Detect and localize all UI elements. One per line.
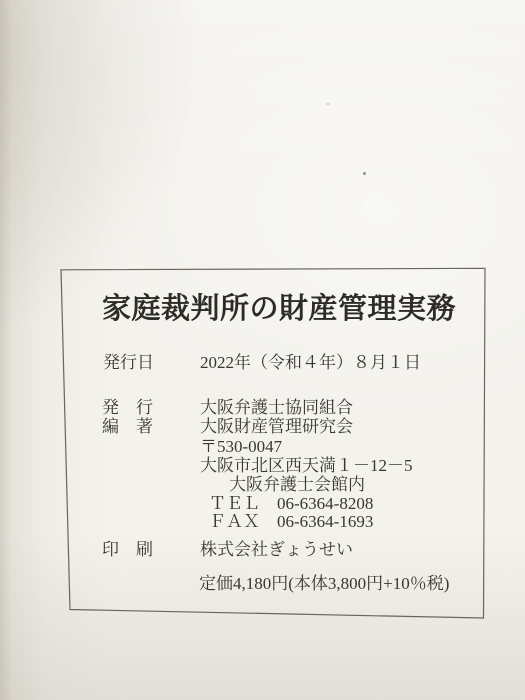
editor-label: 編 著 [102, 417, 153, 436]
postal-code: 〒530-0047 [200, 437, 282, 456]
issue-date-row: 発行日 2022年（令和４年）８月１日 [0, 353, 525, 372]
issue-date-value: 2022年（令和４年）８月１日 [200, 353, 421, 372]
printer-name: 株式会社ぎょうせい [200, 540, 353, 559]
colophon-border-box [0, 0, 525, 700]
printer-label: 印 刷 [102, 540, 153, 559]
photo-speck [363, 172, 366, 175]
publisher-name: 大阪弁護士協同組合 [200, 398, 353, 417]
printer-row: 印 刷 株式会社ぎょうせい [0, 540, 525, 559]
book-page-photo: 家庭裁判所の財産管理実務 発行日 2022年（令和４年）８月１日 発 行 大阪弁… [0, 0, 525, 700]
issue-date-label: 発行日 [103, 353, 154, 372]
tel-line: ＴＥＬ 06-6364-8208 [209, 494, 373, 513]
photo-speck [327, 103, 329, 105]
address-line: 大阪市北区西天満１－12－5 [200, 456, 413, 475]
publisher-row: 発 行 大阪弁護士協同組合 [0, 398, 525, 417]
fax-line: ＦＡＸ 06-6364-1693 [209, 512, 373, 531]
building-line: 大阪弁護士会館内 [229, 475, 365, 494]
book-title: 家庭裁判所の財産管理実務 [102, 289, 456, 329]
publisher-label: 発 行 [102, 398, 153, 417]
editor-name: 大阪財産管理研究会 [200, 417, 353, 436]
price-line: 定価4,180円(本体3,800円+10％税) [199, 574, 449, 593]
editor-row: 編 著 大阪財産管理研究会 [0, 417, 525, 436]
